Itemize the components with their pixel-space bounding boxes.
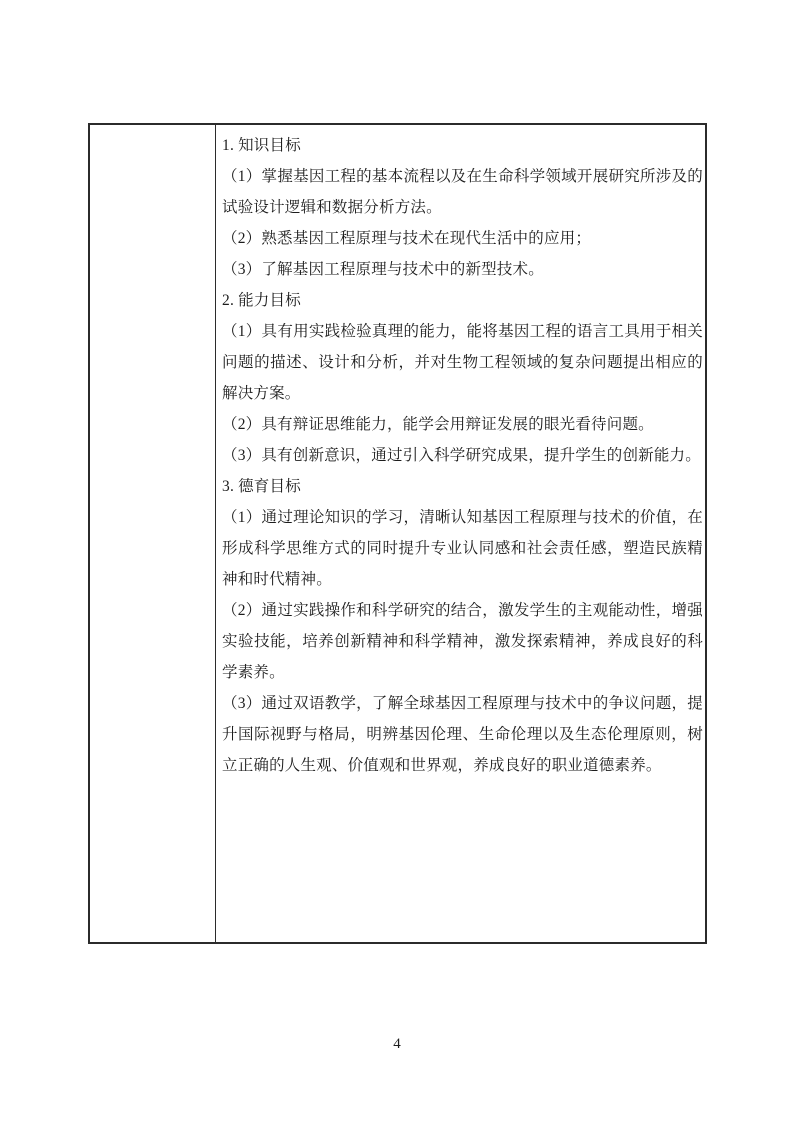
objective-item: （2）通过实践操作和科学研究的结合，激发学生的主观能动性，增强实验技能，培养创新… <box>222 595 703 688</box>
objective-item: （3）通过双语教学，了解全球基因工程原理与技术中的争议问题，提升国际视野与格局，… <box>222 688 703 781</box>
ability-objectives-heading: 2. 能力目标 <box>222 285 703 316</box>
objective-item: （2）具有辩证思维能力，能学会用辩证发展的眼光看待问题。 <box>222 409 703 440</box>
moral-objectives-heading: 3. 德育目标 <box>222 471 703 502</box>
objective-item: （1）掌握基因工程的基本流程以及在生命科学领域开展研究所涉及的试验设计逻辑和数据… <box>222 161 703 223</box>
table-left-cell <box>90 125 216 942</box>
table-content-cell: 1. 知识目标 （1）掌握基因工程的基本流程以及在生命科学领域开展研究所涉及的试… <box>216 125 705 942</box>
objective-item: （2）熟悉基因工程原理与技术在现代生活中的应用； <box>222 223 703 254</box>
objective-item: （3）具有创新意识，通过引入科学研究成果，提升学生的创新能力。 <box>222 440 703 471</box>
page-number: 4 <box>0 1036 794 1053</box>
objective-item: （1）通过理论知识的学习，清晰认知基因工程原理与技术的价值，在形成科学思维方式的… <box>222 502 703 595</box>
document-page: 1. 知识目标 （1）掌握基因工程的基本流程以及在生命科学领域开展研究所涉及的试… <box>0 0 794 1123</box>
knowledge-objectives-heading: 1. 知识目标 <box>222 130 703 161</box>
objective-item: （1）具有用实践检验真理的能力，能将基因工程的语言工具用于相关问题的描述、设计和… <box>222 316 703 409</box>
objective-item: （3）了解基因工程原理与技术中的新型技术。 <box>222 254 703 285</box>
objectives-table: 1. 知识目标 （1）掌握基因工程的基本流程以及在生命科学领域开展研究所涉及的试… <box>88 123 707 944</box>
